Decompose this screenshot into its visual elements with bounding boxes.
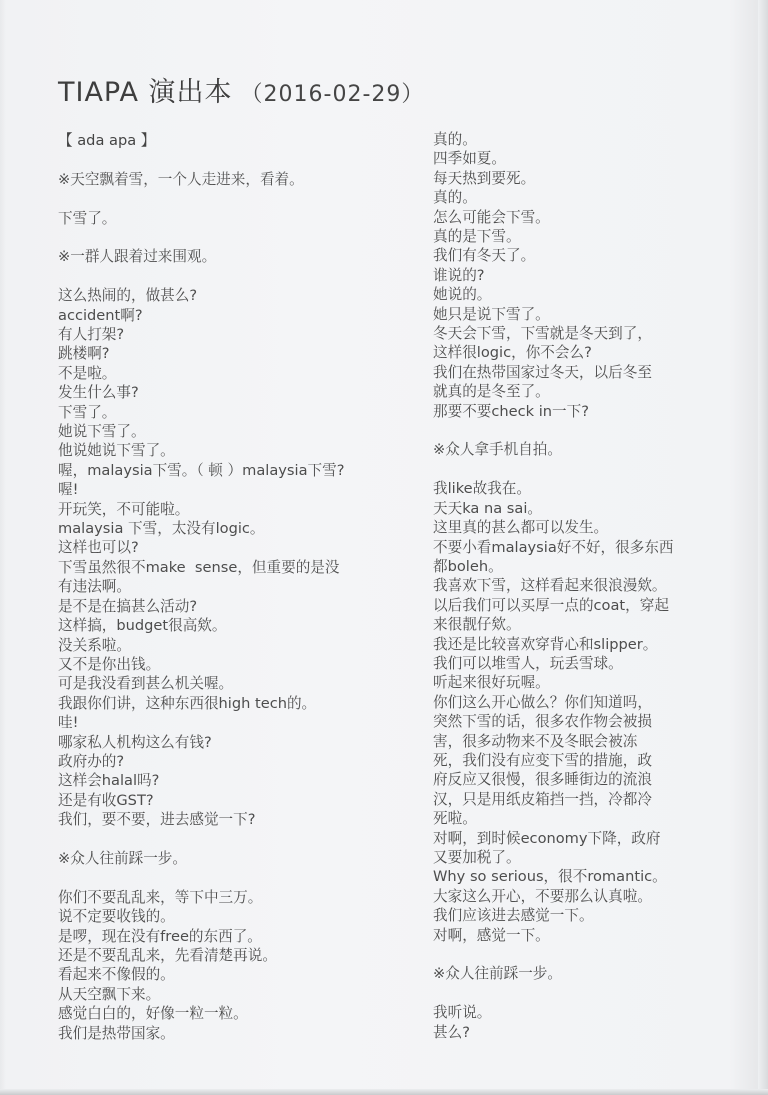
- dialogue-line: 真的。: [433, 188, 733, 207]
- dialogue-line: 他说她说下雪了。: [58, 441, 408, 460]
- dialogue-line: 还是不要乱乱来，先看清楚再说。: [58, 946, 408, 965]
- dialogue-line: 有违法啊。: [58, 577, 408, 596]
- dialogue-line: 哇!: [58, 713, 408, 732]
- dialogue-line: 喔，malaysia下雪。（ 顿 ）malaysia下雪?: [58, 461, 408, 480]
- blank-line: [58, 150, 408, 169]
- blank-line: [433, 460, 733, 479]
- dialogue-line: 看起来不像假的。: [58, 965, 408, 984]
- dialogue-line: 甚么?: [433, 1023, 733, 1042]
- dialogue-line: 我们应该进去感觉一下。: [433, 906, 733, 925]
- dialogue-line: 这样也可以?: [58, 538, 408, 557]
- dialogue-line: 听起来很好玩喔。: [433, 673, 733, 692]
- dialogue-line: 怎么可能会下雪。: [433, 208, 733, 227]
- dialogue-line: 不要小看malaysia好不好，很多东西: [433, 538, 733, 557]
- dialogue-line: 我们在热带国家过冬天，以后冬至: [433, 363, 733, 382]
- dialogue-line: 我跟你们讲，这种东西很high tech的。: [58, 694, 408, 713]
- dialogue-line: 害，很多动物来不及冬眠会被冻: [433, 732, 733, 751]
- dialogue-line: 那要不要check in一下?: [433, 402, 733, 421]
- dialogue-line: 下雪了。: [58, 209, 408, 228]
- dialogue-line: 哪家私人机构这么有钱?: [58, 733, 408, 752]
- dialogue-line: malaysia 下雪，太没有logic。: [58, 519, 408, 538]
- blank-line: [58, 228, 408, 247]
- dialogue-line: 都boleh。: [433, 557, 733, 576]
- dialogue-line: 她说的。: [433, 285, 733, 304]
- dialogue-line: 她说下雪了。: [58, 422, 408, 441]
- dialogue-line: 死啦。: [433, 809, 733, 828]
- right-column: 真的。四季如夏。每天热到要死。真的。怎么可能会下雪。真的是下雪。我们有冬天了。谁…: [433, 130, 733, 1042]
- dialogue-line: 我还是比较喜欢穿背心和slipper。: [433, 635, 733, 654]
- dialogue-line: 喔!: [58, 480, 408, 499]
- dialogue-line: 是啰，现在没有free的东西了。: [58, 927, 408, 946]
- dialogue-line: 发生什么事?: [58, 383, 408, 402]
- dialogue-line: 我喜欢下雪，这样看起来很浪漫欸。: [433, 576, 733, 595]
- dialogue-line: 我们可以堆雪人，玩丢雪球。: [433, 654, 733, 673]
- dialogue-line: 我听说。: [433, 1003, 733, 1022]
- dialogue-line: 对啊，感觉一下。: [433, 926, 733, 945]
- dialogue-line: 有人打架?: [58, 325, 408, 344]
- page-title: TIAPA 演出本（2016-02-29）: [58, 70, 424, 109]
- dialogue-line: 她只是说下雪了。: [433, 305, 733, 324]
- dialogue-line: 突然下雪的话，很多农作物会被损: [433, 712, 733, 731]
- dialogue-line: 是不是在搞甚么活动?: [58, 597, 408, 616]
- dialogue-line: 感觉白白的，好像一粒一粒。: [58, 1004, 408, 1023]
- blank-line: [58, 189, 408, 208]
- dialogue-line: 跳楼啊?: [58, 344, 408, 363]
- section-heading: 【 ada apa 】: [58, 131, 408, 150]
- dialogue-line: accident啊?: [58, 306, 408, 325]
- dialogue-line: 真的。: [433, 130, 733, 149]
- script-title: TIAPA 演出本: [58, 77, 233, 108]
- dialogue-line: 下雪虽然很不make sense，但重要的是没: [58, 558, 408, 577]
- dialogue-line: 这样搞，budget很高欸。: [58, 616, 408, 635]
- dialogue-line: 我们是热带国家。: [58, 1024, 408, 1043]
- dialogue-line: 这里真的甚么都可以发生。: [433, 518, 733, 537]
- dialogue-line: 不是啦。: [58, 364, 408, 383]
- dialogue-line: 我like故我在。: [433, 479, 733, 498]
- dialogue-line: 你们这么开心做么？你们知道吗，: [433, 693, 733, 712]
- dialogue-line: 这样很logic，你不会么?: [433, 343, 733, 362]
- dialogue-line: 每天热到要死。: [433, 169, 733, 188]
- dialogue-line: Why so serious，很不romantic。: [433, 867, 733, 886]
- dialogue-line: 对啊，到时候economy下降，政府: [433, 829, 733, 848]
- dialogue-line: 府反应又很慢，很多睡街边的流浪: [433, 770, 733, 789]
- blank-line: [433, 984, 733, 1003]
- dialogue-line: 四季如夏。: [433, 149, 733, 168]
- dialogue-line: 又不是你出钱。: [58, 655, 408, 674]
- page-edge-shadow: [758, 0, 768, 1095]
- dialogue-line: 真的是下雪。: [433, 227, 733, 246]
- dialogue-line: 还是有收GST?: [58, 791, 408, 810]
- dialogue-line: 我们，要不要，进去感觉一下?: [58, 810, 408, 829]
- dialogue-line: 又要加税了。: [433, 848, 733, 867]
- blank-line: [433, 945, 733, 964]
- dialogue-line: 汉，只是用纸皮箱挡一挡，冷都冷: [433, 790, 733, 809]
- stage-direction: ※众人往前踩一步。: [433, 964, 733, 983]
- dialogue-line: 谁说的?: [433, 266, 733, 285]
- dialogue-line: 你们不要乱乱来，等下中三万。: [58, 888, 408, 907]
- dialogue-line: 没关系啦。: [58, 636, 408, 655]
- blank-line: [58, 267, 408, 286]
- dialogue-line: 政府办的?: [58, 752, 408, 771]
- dialogue-line: 以后我们可以买厚一点的coat，穿起: [433, 596, 733, 615]
- dialogue-line: 可是我没看到甚么机关喔。: [58, 674, 408, 693]
- blank-line: [58, 868, 408, 887]
- dialogue-line: 开玩笑，不可能啦。: [58, 500, 408, 519]
- dialogue-line: 大家这么开心，不要那么认真啦。: [433, 887, 733, 906]
- dialogue-line: 就真的是冬至了。: [433, 382, 733, 401]
- dialogue-line: 这样会halal吗?: [58, 771, 408, 790]
- dialogue-line: 来很靓仔欸。: [433, 615, 733, 634]
- blank-line: [58, 830, 408, 849]
- scanned-script-page: TIAPA 演出本（2016-02-29） 【 ada apa 】※天空飘着雪，…: [0, 0, 768, 1095]
- dialogue-line: 说不定要收钱的。: [58, 907, 408, 926]
- page-edge-shadow-bottom: [0, 1089, 768, 1095]
- dialogue-line: 从天空飘下来。: [58, 985, 408, 1004]
- dialogue-line: 死，我们没有应变下雪的措施，政: [433, 751, 733, 770]
- dialogue-line: 下雪了。: [58, 403, 408, 422]
- dialogue-line: 冬天会下雪，下雪就是冬天到了，: [433, 324, 733, 343]
- blank-line: [433, 421, 733, 440]
- dialogue-line: 我们有冬天了。: [433, 246, 733, 265]
- stage-direction: ※众人拿手机自拍。: [433, 440, 733, 459]
- stage-direction: ※众人往前踩一步。: [58, 849, 408, 868]
- left-column: 【 ada apa 】※天空飘着雪，一个人走进来，看着。下雪了。※一群人跟着过来…: [58, 131, 408, 1043]
- stage-direction: ※天空飘着雪，一个人走进来，看着。: [58, 170, 408, 189]
- dialogue-line: 天天ka na sai。: [433, 499, 733, 518]
- stage-direction: ※一群人跟着过来围观。: [58, 247, 408, 266]
- script-date: （2016-02-29）: [241, 82, 425, 107]
- dialogue-line: 这么热闹的，做甚么?: [58, 286, 408, 305]
